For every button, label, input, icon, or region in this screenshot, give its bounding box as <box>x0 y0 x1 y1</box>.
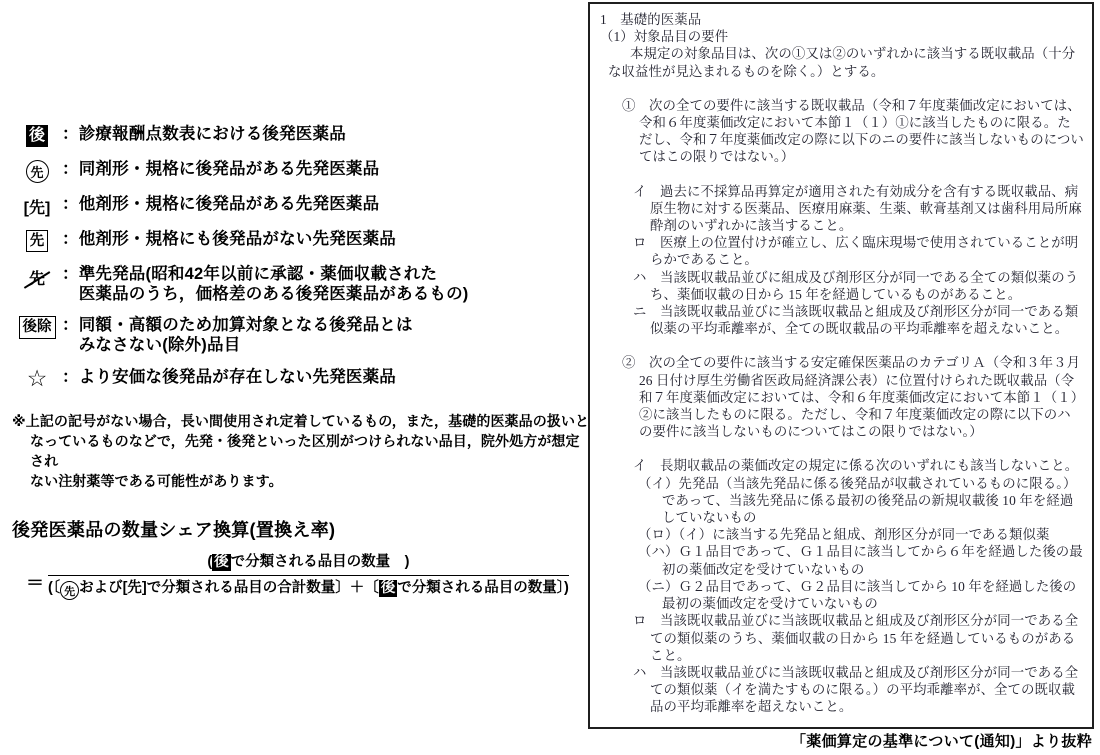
formula-heading: 後発医薬品の数量シェア換算(置換え率) <box>12 516 590 542</box>
item-2-ha-paragraph: ハ 当該既収載品並びに当該既収載品と組成及び剤形区分が同一である全ての類似薬（イ… <box>600 664 1084 716</box>
item-1-ro-paragraph: ロ 医療上の位置付けが確立し、広く臨床現場で使用されていることが明らかであること… <box>600 234 1084 268</box>
legend-symbol-cell: [先] <box>12 194 62 218</box>
item-1-ha-paragraph: ハ 当該既収載品並びに組成及び剤形区分が同一である全ての類似薬のうち、薬価収載の… <box>600 269 1084 303</box>
item-1-i-paragraph: イ 過去に不採算品再算定が適用された有効成分を含有する既収載品、病原生物に対する… <box>600 183 1084 235</box>
item-2-i-1-paragraph: （イ）先発品（当該先発品に係る後発品が収載されているものに限る。）であって、当該… <box>600 475 1084 527</box>
legend-symbol-cell: 後 <box>12 124 62 148</box>
replacement-rate-formula: ＝ (後で分類される品目の数量 ) (〔先および[先]で分類される品目の合計数量… <box>12 550 590 601</box>
legend-item-text: ：同剤形・規格に後発品がある先発医薬品 <box>62 159 379 179</box>
item-2-paragraph: ② 次の全ての要件に該当する安定確保医薬品のカテゴリＡ（令和３年３月 26 日付… <box>600 354 1084 440</box>
legend-item: ☆ ：より安価な後発品が存在しない先発医薬品 <box>12 367 590 391</box>
legend-symbol-cell: 先 <box>12 264 62 291</box>
document-page: 後 ：診療報酬点数表における後発医薬品 先 ：同剤形・規格に後発品がある先発医薬… <box>0 0 1100 755</box>
numerator-text: で分類される品目の数量 ) <box>231 554 410 570</box>
equals-sign: ＝ <box>26 569 44 595</box>
legend-symbol-cell: 先 <box>12 229 62 253</box>
originator-box-icon: 先 <box>26 230 49 253</box>
legend-symbol-cell: 後除 <box>12 315 62 339</box>
section-number-heading: 1 基礎的医薬品 <box>600 11 1084 28</box>
generic-drug-blackbox-icon: 後 <box>212 554 231 571</box>
denominator-text: で分類される品目の数量〕) <box>397 580 569 596</box>
legend-symbol-cell: ☆ <box>12 367 62 391</box>
legend-item: 先 ：同剤形・規格に後発品がある先発医薬品 <box>12 159 590 183</box>
fraction-denominator: (〔先および[先]で分類される品目の合計数量〕＋〔後で分類される品目の数量〕) <box>48 577 569 596</box>
generic-drug-blackbox-icon: 後 <box>379 580 398 597</box>
item-2-i-3-paragraph: （ハ）Ｇ１品目であって、Ｇ１品目に該当してから６年を経過した後の最初の薬価改定を… <box>600 543 1084 577</box>
legend-item-text: ：診療報酬点数表における後発医薬品 <box>62 124 346 144</box>
originator-circle-icon: 先 <box>60 581 79 600</box>
item-2-i-4-paragraph: （ニ）Ｇ２品目であって、Ｇ２品目に該当してから 10 年を経過した後の最初の薬価… <box>600 578 1084 612</box>
item-2-i-2-paragraph: （ロ）（イ）に該当する先発品と組成、剤形区分が同一である類似薬 <box>600 526 1084 543</box>
legend-item-text: ：より安価な後発品が存在しない先発医薬品 <box>62 367 396 387</box>
legend-item: 先 ：準先発品(昭和42年以前に承認・薬価収載された 医薬品のうち，価格差のある… <box>12 264 590 304</box>
generic-drug-blackbox-icon: 後 <box>26 125 48 147</box>
subsection-heading: （1）対象品目の要件 <box>600 28 1084 45</box>
quasi-originator-slashed-icon: 先 <box>26 264 48 291</box>
item-2-ro-paragraph: ロ 当該既収載品並びに当該既収載品と組成及び剤形区分が同一である全ての類似薬のう… <box>600 612 1084 664</box>
legend-item: 後除 ：同額・高額のため加算対象となる後発品とは みなさない(除外)品目 <box>12 315 590 355</box>
notice-excerpt-panel: 1 基礎的医薬品 （1）対象品目の要件 本規定の対象品目は、次の①又は②のいずれ… <box>588 2 1094 729</box>
legend-symbol-cell: 先 <box>12 159 62 183</box>
legend-item-text: ：同額・高額のため加算対象となる後発品とは みなさない(除外)品目 <box>62 315 413 355</box>
legend-item-text: ：他剤形・規格に後発品がある先発医薬品 <box>62 194 379 214</box>
excluded-generic-box-icon: 後除 <box>19 316 56 339</box>
denominator-text: および[先]で分類される品目の合計数量〕＋〔 <box>79 580 379 596</box>
item-2-i-paragraph: イ 長期収載品の薬価改定の規定に係る次のいずれにも該当しないこと。 <box>600 457 1084 474</box>
originator-bracket-icon: [先] <box>24 195 51 218</box>
originator-circle-icon: 先 <box>26 160 49 183</box>
legend-section: 後 ：診療報酬点数表における後発医薬品 先 ：同剤形・規格に後発品がある先発医薬… <box>12 124 590 600</box>
source-caption: 「薬価算定の基準について(通知)」より抜粋 <box>791 730 1092 751</box>
fraction-numerator: (後で分類される品目の数量 ) <box>48 550 569 576</box>
denominator-text: (〔 <box>48 580 60 596</box>
paragraph: 本規定の対象品目は、次の①又は②のいずれかに該当する既収載品（十分な収益性が見込… <box>600 45 1084 79</box>
star-icon: ☆ <box>27 367 48 390</box>
fraction: (後で分類される品目の数量 ) (〔先および[先]で分類される品目の合計数量〕＋… <box>48 550 569 601</box>
legend-item-text: ：準先発品(昭和42年以前に承認・薬価収載された 医薬品のうち，価格差のある後発… <box>62 264 469 304</box>
item-1-paragraph: ① 次の全ての要件に該当する既収載品（令和７年度薬価改定においては、令和６年度薬… <box>600 97 1084 166</box>
item-1-ni-paragraph: ニ 当該既収載品並びに当該既収載品と組成及び剤形区分が同一である類似薬の平均乖離… <box>600 303 1084 337</box>
legend-item: 後 ：診療報酬点数表における後発医薬品 <box>12 124 590 148</box>
legend-footnote: ※上記の記号がない場合，長い間使用され定着しているもの，また，基礎的医薬品の扱い… <box>12 411 590 492</box>
legend-item: 先 ：他剤形・規格にも後発品がない先発医薬品 <box>12 229 590 253</box>
legend-item-text: ：他剤形・規格にも後発品がない先発医薬品 <box>62 229 396 249</box>
legend-item: [先] ：他剤形・規格に後発品がある先発医薬品 <box>12 194 590 218</box>
